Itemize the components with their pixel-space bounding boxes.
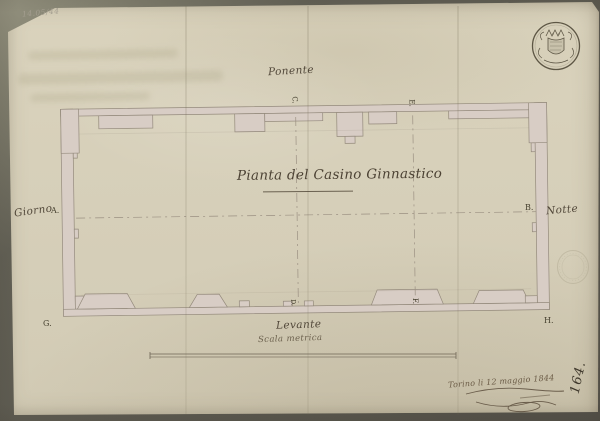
signature-flourish [466,388,564,412]
orientation-label-ponente: Ponente [268,64,315,78]
plan-letter-e: E. [408,99,416,106]
plan-title: Pianta del Casino Ginnastico [237,166,407,184]
plan-letter-a: A. [51,206,59,215]
plan-letter-b: B. [525,203,533,212]
plan-walls [61,103,550,317]
fold-crease [457,6,459,415]
plan-letter-g: G. [43,319,52,328]
orientation-label-levante: Levante [276,318,322,332]
scanned-drawing-sheet: 14.05/44 Ponente Levante Giorno Notte Pi… [0,0,600,421]
stamp-seal-icon [533,23,580,70]
plan-letter-c: C. [291,96,299,103]
floor-plan-drawing [0,0,600,421]
fold-crease [185,6,187,415]
embossed-seal-icon [558,251,589,284]
plan-letter-f: F. [411,298,419,304]
scale-bar [150,352,456,359]
plan-letter-d: D. [289,299,296,306]
plan-letter-h: H. [544,316,554,325]
